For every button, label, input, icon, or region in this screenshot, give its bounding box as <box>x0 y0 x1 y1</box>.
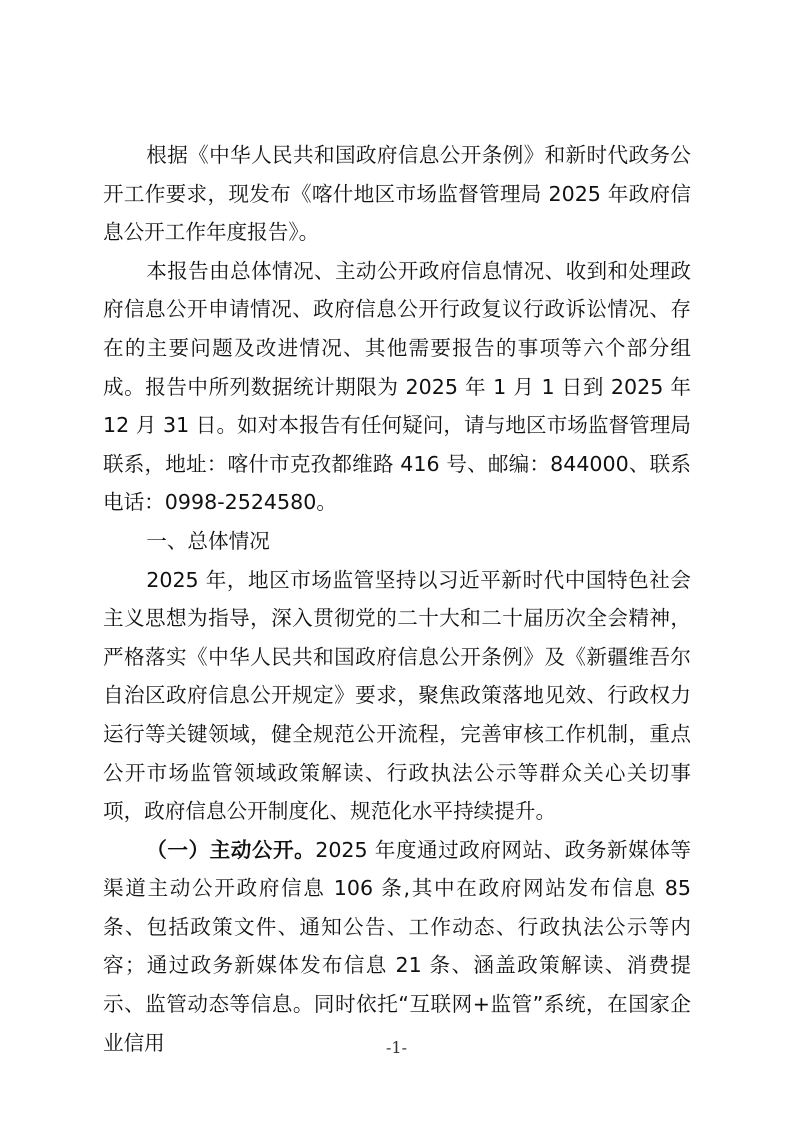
active-disclosure-paragraph: （一）主动公开。2025 年度通过政府网站、政务新媒体等渠道主动公开政府信息 1… <box>103 831 691 1063</box>
document-page: 根据《中华人民共和国政府信息公开条例》和新时代政务公开工作要求，现发布《喀什地区… <box>0 0 793 1122</box>
subsection-heading-active-disclosure: （一）主动公开。 <box>146 838 315 862</box>
intro-paragraph: 根据《中华人民共和国政府信息公开条例》和新时代政务公开工作要求，现发布《喀什地区… <box>103 136 691 252</box>
document-body: 根据《中华人民共和国政府信息公开条例》和新时代政务公开工作要求，现发布《喀什地区… <box>103 136 691 1062</box>
section-heading-overview: 一、总体情况 <box>103 522 691 561</box>
active-disclosure-text: 2025 年度通过政府网站、政务新媒体等渠道主动公开政府信息 106 条,其中在… <box>103 838 691 1055</box>
overview-paragraph: 2025 年，地区市场监管坚持以习近平新时代中国特色社会主义思想为指导，深入贯彻… <box>103 561 691 831</box>
report-structure-paragraph: 本报告由总体情况、主动公开政府信息情况、收到和处理政府信息公开申请情况、政府信息… <box>103 252 691 522</box>
page-number: -1- <box>0 1038 793 1057</box>
